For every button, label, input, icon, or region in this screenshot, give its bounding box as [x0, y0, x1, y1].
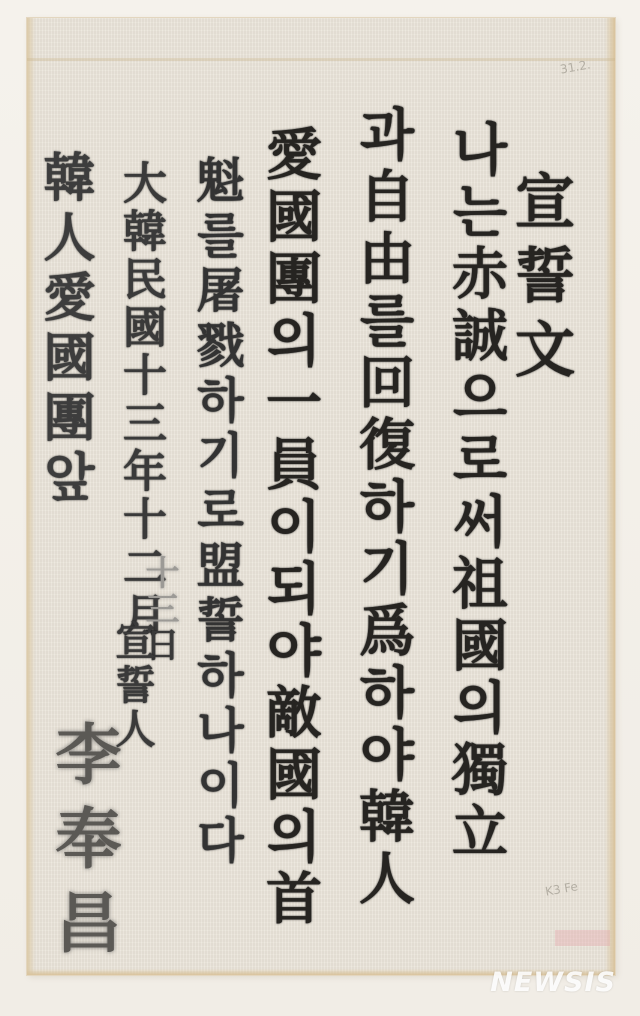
oath-line-2: 과自由를回復하기爲하야韓人 — [355, 105, 411, 911]
oath-line-3: 愛國團의一員이되야敵國의首 — [262, 125, 318, 931]
recipient-line: 韓人愛國團앞 — [38, 150, 90, 510]
cloth-right-edge — [605, 18, 615, 975]
date-day-correction: 十三 — [139, 555, 179, 627]
oath-line-4: 魁를屠戮하기로盟誓하나이다 — [192, 155, 240, 870]
newsis-watermark: NEWSIS — [490, 967, 616, 998]
pink-stamp-mark — [555, 930, 610, 946]
fold-line — [27, 58, 615, 61]
document-title: 宣誓文 — [510, 170, 570, 392]
oath-line-1: 나는赤誠으로써祖國의獨立 — [448, 120, 504, 864]
signature: 李奉昌 — [50, 720, 116, 972]
